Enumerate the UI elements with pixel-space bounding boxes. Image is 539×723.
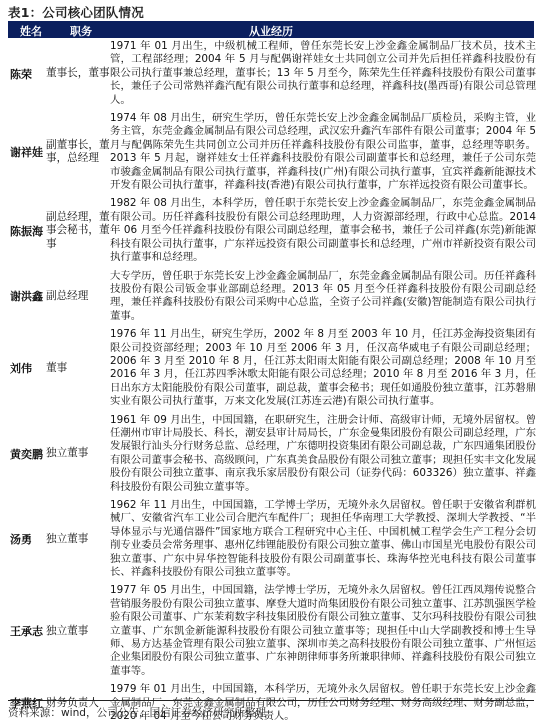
- cell-experience: 1961 年 09 月出生，中国国籍，在职研究生，注册会计师、高级审计师，无境外…: [110, 414, 536, 494]
- cell-role: 副总经理: [42, 290, 110, 303]
- cell-experience: 1971 年 01 月出生，中级机械工程师，曾任东莞长安上沙金鑫金属制品厂技术员…: [110, 40, 536, 107]
- table-title: 表1：公司核心团队情况: [8, 3, 144, 21]
- table-bottom-rule: [8, 700, 534, 701]
- table-row: 汤勇 独立董事 1962 年 11 月出生，中国国籍，工学博士学历，无境外永久居…: [8, 499, 534, 579]
- cell-name: 陈荣: [8, 66, 42, 82]
- table-body: 陈荣 董事长，董事 1971 年 01 月出生，中级机械工程师，曾任东莞长安上沙…: [8, 40, 534, 723]
- cell-role: 独立董事: [42, 447, 110, 460]
- cell-experience: 1974 年 08 月出生，研究生学历，曾任东莞长安上沙金鑫金属制品厂质检员，采…: [110, 112, 536, 192]
- cell-role: 董事长，董事: [42, 67, 110, 80]
- table-row: 陈振海 副总经理，董事会秘书，董事 1982 年 08 月出生，本科学历，曾任职…: [8, 197, 534, 264]
- cell-experience: 1982 年 08 月出生，本科学历，曾任职于东莞长安上沙金鑫金属制品厂，东莞金…: [110, 197, 536, 264]
- table-header: 从业经历 姓名 职务: [8, 21, 534, 38]
- cell-experience: 1977 年 05 月出生，中国国籍，法学博士学历，无境外永久居留权。曾任江西凤…: [110, 584, 536, 678]
- table-row: 刘伟 董事 1976 年 11 月出生，研究生学历，2002 年 8 月至 20…: [8, 328, 534, 408]
- cell-name: 黄奕鹏: [8, 446, 42, 462]
- cell-experience: 1976 年 11 月出生，研究生学历，2002 年 8 月至 2003 年 1…: [110, 328, 536, 408]
- header-role: 职务: [70, 23, 92, 39]
- cell-name: 谢洪鑫: [8, 288, 42, 304]
- cell-experience: 1962 年 11 月出生，中国国籍，工学博士学历，无境外永久居留权。曾任职于安…: [110, 499, 536, 579]
- table-row: 陈荣 董事长，董事 1971 年 01 月出生，中级机械工程师，曾任东莞长安上沙…: [8, 40, 534, 107]
- cell-name: 陈振海: [8, 223, 42, 239]
- source-note: 资料来源：wind，公司公告，国信证券经济研究所整理: [8, 705, 266, 720]
- cell-role: 副总经理，董事会秘书，董事: [42, 211, 110, 251]
- cell-name: 王承志: [8, 623, 42, 639]
- cell-name: 谢祥娃: [8, 144, 42, 160]
- table-row: 谢洪鑫 副总经理 大专学历，曾任职于东莞长安上沙金鑫金属制品厂，东莞金鑫金属制品…: [8, 270, 534, 324]
- cell-name: 汤勇: [8, 531, 42, 547]
- table-row: 黄奕鹏 独立董事 1961 年 09 月出生，中国国籍，在职研究生，注册会计师、…: [8, 414, 534, 494]
- header-name: 姓名: [20, 23, 42, 39]
- cell-name: 刘伟: [8, 360, 42, 376]
- table-row: 谢祥娃 副董事长，董事，总经理 1974 年 08 月出生，研究生学历，曾任东莞…: [8, 112, 534, 192]
- cell-role: 独立董事: [42, 533, 110, 546]
- cell-role: 副董事长，董事，总经理: [42, 139, 110, 166]
- cell-role: 独立董事: [42, 625, 110, 638]
- table-row: 王承志 独立董事 1977 年 05 月出生，中国国籍，法学博士学历，无境外永久…: [8, 584, 534, 678]
- cell-role: 董事: [42, 362, 110, 375]
- cell-experience: 大专学历，曾任职于东莞长安上沙金鑫金属制品厂，东莞金鑫金属制品有限公司。历任祥鑫…: [110, 270, 536, 324]
